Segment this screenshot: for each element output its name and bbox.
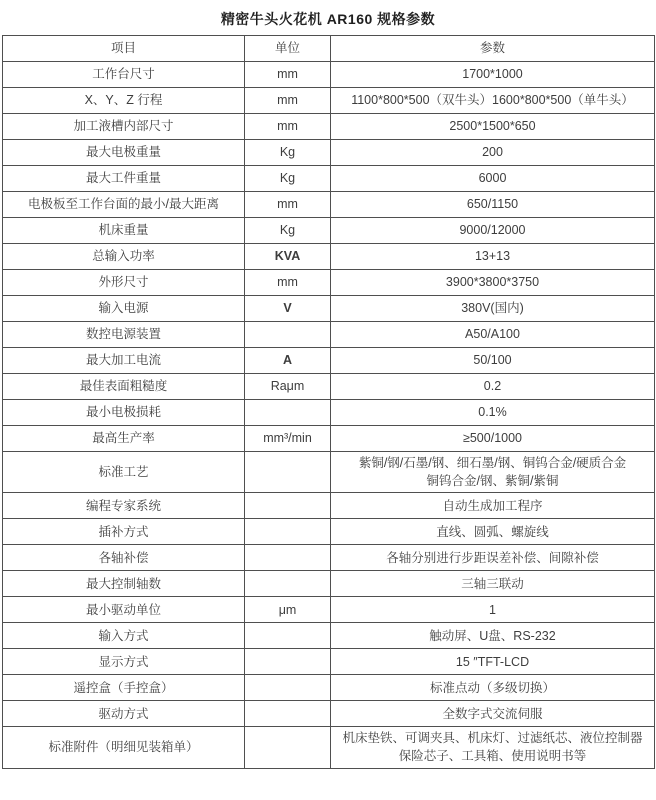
table-row: X、Y、Z 行程mm1100*800*500（双牛头）1600*800*500（… xyxy=(3,88,655,114)
table-row: 工作台尺寸mm1700*1000 xyxy=(3,62,655,88)
table-row: 标准附件（明细见装箱单）机床垫铁、可调夹具、机床灯、过滤纸芯、液位控制器 保险芯… xyxy=(3,727,655,768)
item-cell: 最大工件重量 xyxy=(3,166,245,192)
table-row: 最高生产率mm³/min≥500/1000 xyxy=(3,426,655,452)
item-cell: 最大加工电流 xyxy=(3,348,245,374)
table-row: 插补方式直线、圆弧、螺旋线 xyxy=(3,519,655,545)
table-row: 最大工件重量Kg6000 xyxy=(3,166,655,192)
item-cell: 工作台尺寸 xyxy=(3,62,245,88)
item-cell: 最高生产率 xyxy=(3,426,245,452)
value-cell: 0.1% xyxy=(331,400,655,426)
item-cell: 最佳表面粗糙度 xyxy=(3,374,245,400)
value-cell: 1100*800*500（双牛头）1600*800*500（单牛头） xyxy=(331,88,655,114)
item-cell: 插补方式 xyxy=(3,519,245,545)
value-cell: 3900*3800*3750 xyxy=(331,270,655,296)
unit-cell: Kg xyxy=(245,218,331,244)
value-cell: 380V(国内) xyxy=(331,296,655,322)
unit-cell xyxy=(245,675,331,701)
item-cell: 最小驱动单位 xyxy=(3,597,245,623)
item-cell: 总输入功率 xyxy=(3,244,245,270)
value-cell: 2500*1500*650 xyxy=(331,114,655,140)
unit-cell: mm xyxy=(245,114,331,140)
item-cell: 编程专家系统 xyxy=(3,493,245,519)
value-cell: 紫铜/钢/石墨/钢、细石墨/钢、铜钨合金/硬质合金 铜钨合金/钢、紫铜/紫铜 xyxy=(331,452,655,493)
unit-cell: KVA xyxy=(245,244,331,270)
item-cell: 数控电源装置 xyxy=(3,322,245,348)
unit-cell: mm xyxy=(245,62,331,88)
table-row: 显示方式15 ″TFT-LCD xyxy=(3,649,655,675)
value-cell: 1 xyxy=(331,597,655,623)
item-cell: 输入电源 xyxy=(3,296,245,322)
value-cell: 机床垫铁、可调夹具、机床灯、过滤纸芯、液位控制器 保险芯子、工具箱、使用说明书等 xyxy=(331,727,655,768)
table-row: 标准工艺紫铜/钢/石墨/钢、细石墨/钢、铜钨合金/硬质合金 铜钨合金/钢、紫铜/… xyxy=(3,452,655,493)
item-cell: 外形尺寸 xyxy=(3,270,245,296)
table-row: 机床重量Kg9000/12000 xyxy=(3,218,655,244)
unit-cell xyxy=(245,400,331,426)
table-row: 外形尺寸mm3900*3800*3750 xyxy=(3,270,655,296)
header-item: 项目 xyxy=(3,36,245,62)
table-row: 遥控盒（手控盒）标准点动（多级切换） xyxy=(3,675,655,701)
unit-cell xyxy=(245,649,331,675)
item-cell: 最大控制轴数 xyxy=(3,571,245,597)
value-cell: 直线、圆弧、螺旋线 xyxy=(331,519,655,545)
unit-cell: mm xyxy=(245,270,331,296)
value-cell: 6000 xyxy=(331,166,655,192)
item-cell: 驱动方式 xyxy=(3,701,245,727)
spec-table-body: 工作台尺寸mm1700*1000X、Y、Z 行程mm1100*800*500（双… xyxy=(3,62,655,769)
value-cell: 9000/12000 xyxy=(331,218,655,244)
value-cell: 标准点动（多级切换） xyxy=(331,675,655,701)
value-cell: 三轴三联动 xyxy=(331,571,655,597)
item-cell: 各轴补偿 xyxy=(3,545,245,571)
table-row: 最大电极重量Kg200 xyxy=(3,140,655,166)
table-row: 输入电源V380V(国内) xyxy=(3,296,655,322)
item-cell: 机床重量 xyxy=(3,218,245,244)
spec-table: 项目 单位 参数 工作台尺寸mm1700*1000X、Y、Z 行程mm1100*… xyxy=(2,35,655,769)
spec-sheet-page: 精密牛头火花机 AR160 规格参数 项目 单位 参数 工作台尺寸mm1700*… xyxy=(0,0,656,800)
unit-cell: Kg xyxy=(245,140,331,166)
item-cell: 标准工艺 xyxy=(3,452,245,493)
item-cell: 输入方式 xyxy=(3,623,245,649)
unit-cell: mm xyxy=(245,88,331,114)
value-cell: 200 xyxy=(331,140,655,166)
header-unit: 单位 xyxy=(245,36,331,62)
page-title: 精密牛头火花机 AR160 规格参数 xyxy=(0,0,656,35)
unit-cell xyxy=(245,322,331,348)
unit-cell: A xyxy=(245,348,331,374)
item-cell: 电极板至工作台面的最小/最大距离 xyxy=(3,192,245,218)
unit-cell xyxy=(245,493,331,519)
value-cell: 15 ″TFT-LCD xyxy=(331,649,655,675)
table-row: 驱动方式全数字式交流伺服 xyxy=(3,701,655,727)
table-row: 各轴补偿各轴分别进行步距误差补偿、间隙补偿 xyxy=(3,545,655,571)
value-cell: ≥500/1000 xyxy=(331,426,655,452)
table-row: 总输入功率KVA13+13 xyxy=(3,244,655,270)
value-cell: 13+13 xyxy=(331,244,655,270)
unit-cell xyxy=(245,519,331,545)
item-cell: X、Y、Z 行程 xyxy=(3,88,245,114)
unit-cell: mm³/min xyxy=(245,426,331,452)
value-cell: 650/1150 xyxy=(331,192,655,218)
value-cell: 50/100 xyxy=(331,348,655,374)
value-cell: 自动生成加工程序 xyxy=(331,493,655,519)
item-cell: 加工液槽内部尺寸 xyxy=(3,114,245,140)
table-row: 最大控制轴数三轴三联动 xyxy=(3,571,655,597)
table-row: 数控电源装置A50/A100 xyxy=(3,322,655,348)
table-row: 加工液槽内部尺寸mm2500*1500*650 xyxy=(3,114,655,140)
unit-cell xyxy=(245,571,331,597)
value-cell: 0.2 xyxy=(331,374,655,400)
item-cell: 标准附件（明细见装箱单） xyxy=(3,727,245,768)
unit-cell xyxy=(245,623,331,649)
item-cell: 遥控盒（手控盒） xyxy=(3,675,245,701)
table-row: 最小电极损耗0.1% xyxy=(3,400,655,426)
table-row: 最大加工电流A50/100 xyxy=(3,348,655,374)
value-cell: 全数字式交流伺服 xyxy=(331,701,655,727)
table-row: 电极板至工作台面的最小/最大距离mm650/1150 xyxy=(3,192,655,218)
item-cell: 显示方式 xyxy=(3,649,245,675)
item-cell: 最小电极损耗 xyxy=(3,400,245,426)
value-cell: 触动屏、U盘、RS-232 xyxy=(331,623,655,649)
unit-cell xyxy=(245,545,331,571)
table-row: 最佳表面粗糙度Raμm0.2 xyxy=(3,374,655,400)
value-cell: 各轴分别进行步距误差补偿、间隙补偿 xyxy=(331,545,655,571)
unit-cell: Raμm xyxy=(245,374,331,400)
unit-cell xyxy=(245,452,331,493)
item-cell: 最大电极重量 xyxy=(3,140,245,166)
table-row: 最小驱动单位μm1 xyxy=(3,597,655,623)
table-header-row: 项目 单位 参数 xyxy=(3,36,655,62)
table-row: 输入方式触动屏、U盘、RS-232 xyxy=(3,623,655,649)
unit-cell: μm xyxy=(245,597,331,623)
value-cell: 1700*1000 xyxy=(331,62,655,88)
table-row: 编程专家系统自动生成加工程序 xyxy=(3,493,655,519)
unit-cell xyxy=(245,701,331,727)
value-cell: A50/A100 xyxy=(331,322,655,348)
unit-cell xyxy=(245,727,331,768)
unit-cell: mm xyxy=(245,192,331,218)
unit-cell: V xyxy=(245,296,331,322)
unit-cell: Kg xyxy=(245,166,331,192)
header-value: 参数 xyxy=(331,36,655,62)
